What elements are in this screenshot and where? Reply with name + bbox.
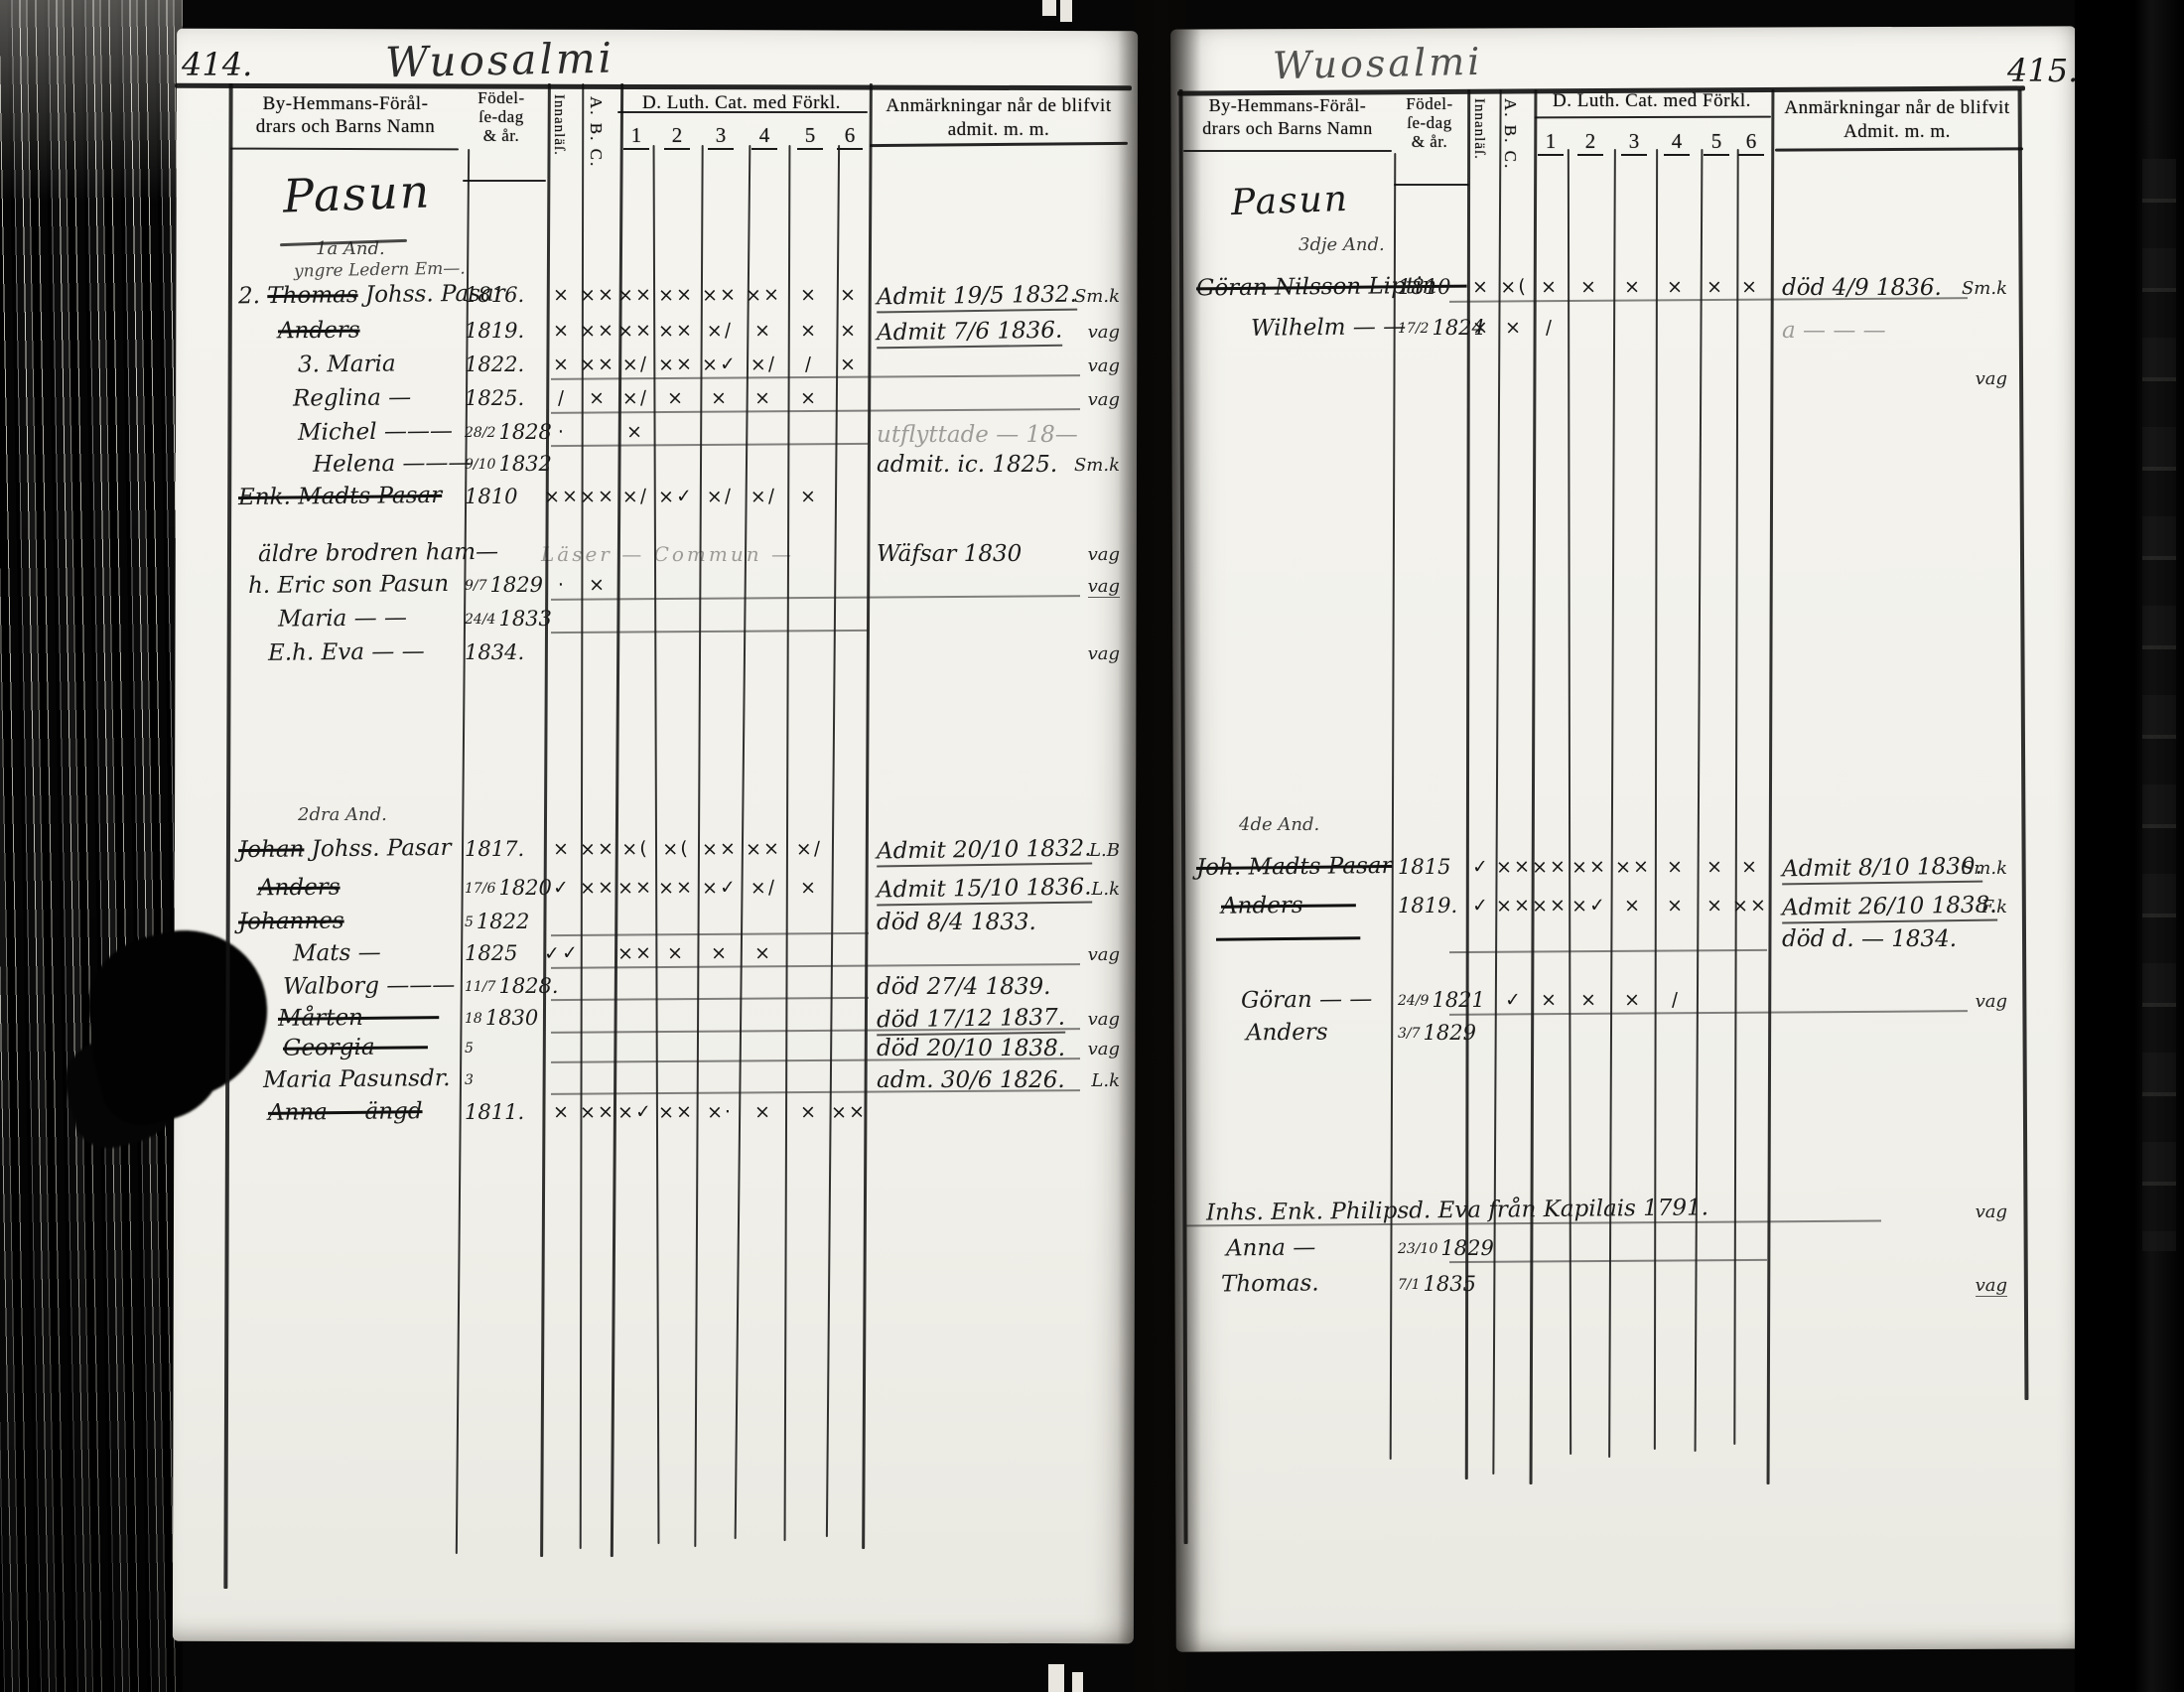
household-subtitle: 2dra And.: [298, 804, 387, 825]
record-mark: ××: [1494, 894, 1535, 916]
record-birth-year: 1819.: [465, 319, 524, 343]
record-name: Helena ———: [313, 450, 472, 478]
record-mark: ××: [1530, 855, 1570, 878]
record-birthdate: 51822: [465, 910, 554, 933]
record-name-struck: Anna — ängd: [268, 1098, 423, 1126]
record-mark: ×·: [700, 1100, 741, 1123]
record-name: äldre brodren ham—: [258, 539, 498, 568]
record-birth-year: 1832: [498, 452, 551, 476]
record-name: Anna —: [1226, 1235, 1316, 1262]
record-side-tag: vag: [1030, 1009, 1120, 1030]
record-name-text: Thomas.: [1221, 1270, 1319, 1297]
record-birth-year: 1830: [485, 1006, 538, 1030]
record-mark: ×: [1730, 855, 1771, 878]
record-mark: ×: [1730, 275, 1771, 298]
record-birthdate: 24/41833: [465, 607, 554, 631]
record-mark: ×: [789, 319, 830, 342]
record-mark: ××: [1570, 855, 1610, 878]
record-mark: ××: [542, 485, 583, 507]
household-subtitle: 3dje And.: [1298, 234, 1385, 255]
record-birth-fraction: 24/4: [465, 612, 495, 628]
record-birth-fraction: 24/9: [1398, 993, 1429, 1009]
record-mark: ××: [1494, 855, 1535, 878]
record-side-tag: vag: [1030, 576, 1120, 597]
record-side-tag: vag: [1918, 368, 2007, 389]
catechism-column-number: 4: [1664, 129, 1690, 156]
record-mark: /: [542, 386, 583, 409]
record-birthdate: 1822.: [465, 352, 554, 376]
record-birth-year: 1815: [1398, 855, 1450, 879]
household-subtitle: 4de And.: [1239, 814, 1319, 835]
catechism-column-number: 5: [1704, 129, 1729, 156]
record-mark: ×: [542, 1100, 583, 1123]
record-name-struck: Georgia ——: [283, 1034, 428, 1061]
column-rule: [1390, 153, 1397, 1460]
record-name: Georgia ——: [283, 1034, 428, 1061]
record-birth-fraction: 28/2: [465, 425, 495, 441]
record-mark: /: [1530, 316, 1570, 339]
household-note: yngre Ledern Em—.: [294, 258, 466, 281]
record-name-struck: ——— ———: [1216, 924, 1361, 952]
record-mark: ×: [744, 1100, 784, 1123]
record-side-tag: vag: [1918, 1275, 2007, 1296]
record-name-struck: Anders: [258, 875, 341, 902]
record-birth-year: 1835: [1424, 1272, 1476, 1296]
record-mark: ××: [1613, 855, 1654, 878]
column-rule: [1568, 149, 1571, 1455]
record-mark: ××: [615, 319, 656, 342]
record-name-struck: Mårten ———: [278, 1004, 440, 1032]
record-remark-faint: utflyttade — 18—: [877, 422, 1078, 448]
record-remark: död 8/4 1833.: [877, 910, 1036, 935]
record-mark: ×: [1530, 988, 1570, 1011]
record-mark: ×: [789, 485, 830, 507]
record-mark: ×: [1613, 275, 1654, 298]
record-mark: ×: [615, 420, 656, 443]
record-mark: ×: [542, 837, 583, 860]
record-remark-faint: a — — —: [1782, 318, 1886, 344]
record-birthdate: 9/101832: [465, 452, 554, 476]
record-mark: ×✓: [1570, 894, 1610, 916]
column-rule: [1695, 149, 1704, 1452]
record-birth-year: 1817.: [465, 837, 524, 861]
record-name-struck: Anders: [278, 318, 360, 345]
record-mark: ×✓: [700, 352, 741, 375]
header-rule: [1775, 147, 2023, 151]
record-name-struck: Johan: [238, 836, 305, 863]
record-mark: ××: [744, 283, 784, 306]
record-span-note: Läser — Commun —: [541, 542, 794, 566]
record-mark: ××: [578, 1100, 618, 1123]
record-mark: ×: [829, 283, 870, 306]
record-birthdate: 11/71828.: [465, 974, 554, 998]
record-birth-year: 1829: [1424, 1021, 1476, 1045]
record-side-tag-text: vag: [1976, 1275, 2007, 1297]
record-name-text: Göran — —: [1241, 986, 1373, 1013]
record-mark: ×: [744, 319, 784, 342]
record-birth-fraction: 9/10: [465, 457, 495, 473]
record-name-struck: Enk. Madts Pasar: [238, 483, 442, 510]
record-side-tag: vag: [1030, 944, 1120, 965]
record-birth-fraction: 7/1: [1398, 1277, 1421, 1293]
record-mark: ××: [615, 283, 656, 306]
record-mark: ××: [615, 876, 656, 899]
record-mark: ×: [656, 941, 697, 964]
record-name-text: Wilhelm — —: [1251, 314, 1406, 342]
record-name: Michel ———: [298, 418, 453, 446]
record-name-text: Helena ———: [313, 450, 472, 478]
record-name: Maria — —: [278, 605, 407, 632]
record-name: Johan Johss. Pasar: [238, 835, 452, 863]
record-name: ——— ———: [1216, 924, 1361, 952]
record-mark: ××: [700, 837, 741, 860]
record-mark: ×: [829, 319, 870, 342]
row-rule: [551, 595, 1080, 601]
column-rule: [223, 83, 232, 1589]
record-side-tag: Sm.k: [1918, 858, 2007, 879]
record-side-tag: Sm.k: [1030, 455, 1120, 476]
record-mark: ×: [789, 1100, 830, 1123]
record-name: Anders: [1246, 1020, 1328, 1047]
record-mark: ××: [578, 319, 618, 342]
record-name: Reglina —: [293, 384, 411, 411]
record-remark: död 27/4 1839.: [877, 974, 1050, 1000]
record-birthdate: 1817.: [465, 837, 554, 861]
record-birth-year: 1811.: [465, 1100, 524, 1124]
record-birth-fraction: 3: [465, 1072, 474, 1088]
record-name-text: Maria — —: [278, 605, 407, 632]
record-birthdate: 3: [465, 1067, 554, 1091]
record-mark: ×✓: [656, 485, 697, 507]
record-birthdate: 7/11835: [1398, 1272, 1487, 1296]
household-title: Pasun: [1230, 179, 1349, 223]
record-mark: ×✓: [700, 876, 741, 899]
record-mark: ×: [1613, 988, 1654, 1011]
record-mark: ×✓: [615, 1100, 656, 1123]
record-remark: död d. — 1834.: [1782, 926, 1957, 952]
row-rule: [551, 630, 869, 634]
record-birthdate: 1825.: [465, 386, 554, 410]
record-mark: ×/: [615, 485, 656, 507]
record-mark: ×: [542, 319, 583, 342]
record-side-tag: vag: [1030, 322, 1120, 343]
record-name: Wilhelm — —: [1251, 314, 1406, 342]
catechism-column-number: 3: [708, 123, 734, 150]
record-birth-fraction: 11/7: [465, 979, 495, 995]
record-mark: ×: [1656, 855, 1697, 878]
record-name-struck: Thomas: [267, 282, 358, 309]
record-birthdate: 1811.: [465, 1100, 554, 1124]
record-side-tag: L.k: [1030, 1070, 1120, 1091]
record-mark: ×: [1613, 894, 1654, 916]
record-name: Anders: [278, 318, 360, 345]
record-name: Joh. Madts Pasar: [1196, 853, 1393, 881]
record-mark: ✓: [1494, 988, 1535, 1011]
record-mark: ××: [578, 283, 618, 306]
record-birthdate: 181830: [465, 1006, 554, 1030]
record-name: Anders: [258, 875, 341, 902]
record-mark: ×/: [789, 837, 830, 860]
record-mark: ×: [1530, 275, 1570, 298]
record-birthdate: 5: [465, 1036, 554, 1059]
record-name-text: Maria Pasunsdr.: [263, 1065, 451, 1093]
column-rule: [1654, 149, 1658, 1450]
record-birth-year: 1829: [1440, 1236, 1493, 1260]
record-name-text: Maria: [327, 351, 396, 377]
record-name-text: Walborg ———: [283, 972, 456, 1000]
record-mark: ××: [1730, 894, 1771, 916]
record-mark: ×: [1494, 316, 1535, 339]
record-content: 123456Pasun1a And.yngre Ledern Em—.2. Th…: [0, 0, 2184, 1692]
catechism-column-number: 4: [751, 123, 777, 150]
record-mark: ×/: [744, 485, 784, 507]
record-mark: ×: [789, 283, 830, 306]
household-title: Pasun: [282, 164, 432, 222]
record-birth-year: 1833: [498, 607, 551, 631]
record-birthdate: 3/71829: [1398, 1021, 1487, 1045]
record-name-text: Anders: [1246, 1020, 1328, 1047]
record-birth-year: 1822: [477, 910, 529, 933]
record-side-tag: vag: [1030, 389, 1120, 410]
record-mark: ××: [578, 485, 618, 507]
record-side-tag: Sm.k: [1030, 286, 1120, 307]
record-name: Mats —: [293, 940, 381, 967]
record-name-text: Johss. Pasar: [304, 835, 451, 863]
header-rule: [1177, 85, 2025, 95]
catechism-column-number: 6: [837, 123, 863, 150]
record-side-tag: vag: [1918, 991, 2007, 1012]
record-name-text: Reglina —: [293, 384, 411, 411]
record-birth-fraction: 9/7: [465, 578, 487, 594]
catechism-column-number: 1: [1538, 129, 1564, 156]
record-name: Göran — —: [1241, 986, 1373, 1013]
catechism-column-number: 2: [1577, 129, 1603, 156]
record-birthdate: 23/101829: [1398, 1236, 1487, 1260]
record-name-text: Michel ———: [298, 418, 453, 446]
record-birth-year: 1819.: [1398, 894, 1457, 917]
record-mark: ××: [744, 837, 784, 860]
column-rule: [2018, 89, 2029, 1400]
record-name-text: äldre brodren ham—: [258, 539, 498, 568]
record-birth-fraction: 5: [465, 1041, 474, 1057]
catechism-column-number: 6: [1738, 129, 1764, 156]
record-mark: /: [789, 352, 830, 375]
record-mark: ·: [542, 573, 583, 596]
record-birth-year: 1825: [465, 941, 517, 965]
record-mark: ××: [1530, 894, 1570, 916]
header-rule: [870, 142, 1128, 147]
record-mark: ××: [656, 283, 697, 306]
record-mark: ×(: [1494, 275, 1535, 298]
header-rule: [175, 83, 1132, 91]
record-mark: ××: [829, 1100, 870, 1123]
record-birthdate: 1810: [465, 485, 554, 508]
record-mark: ×: [1656, 894, 1697, 916]
record-name: 3. Maria: [298, 351, 396, 377]
record-mark: ×: [829, 352, 870, 375]
header-rule: [230, 148, 459, 151]
catechism-column-number: 1: [623, 123, 649, 150]
record-name: h. Eric son Pasun: [248, 571, 449, 599]
record-name-struck: Joh. Madts Pasar: [1196, 853, 1393, 881]
record-birth-fraction: 18: [465, 1011, 482, 1027]
record-side-tag: vag: [1030, 544, 1120, 565]
record-side-tag: L.B: [1030, 840, 1120, 861]
record-birth-year: 1822.: [465, 352, 524, 376]
record-birthdate: 1825: [465, 941, 554, 965]
column-rule: [1178, 89, 1187, 1544]
record-name-struck: Anders ——: [1221, 892, 1356, 918]
row-rule: [551, 997, 869, 1001]
record-side-tag-text: vag: [1088, 576, 1120, 598]
record-mark: ××: [615, 941, 656, 964]
record-mark: ×/: [615, 352, 656, 375]
record-side-tag: Sm.k: [1918, 278, 2007, 299]
header-rule: [617, 111, 868, 113]
record-mark: ×: [578, 386, 618, 409]
record-side-tag: vag: [1030, 355, 1120, 376]
record-mark: /: [1656, 988, 1697, 1011]
record-birth-year: 1810: [1398, 275, 1450, 299]
record-mark: ×: [700, 941, 741, 964]
record-birth-year: 1828.: [498, 974, 558, 998]
record-mark: ×: [789, 386, 830, 409]
record-mark: ×: [542, 283, 583, 306]
record-mark: ×/: [744, 352, 784, 375]
household-subtitle: 1a And.: [316, 238, 385, 259]
record-mark: ×/: [744, 876, 784, 899]
record-mark: ×: [744, 386, 784, 409]
record-name-prefix: 2.: [238, 283, 268, 309]
record-mark: ✓: [542, 876, 583, 899]
record-mark: ××: [656, 1100, 697, 1123]
header-rule: [1183, 150, 1392, 152]
column-rule: [1733, 149, 1738, 1445]
header-rule: [463, 180, 546, 182]
record-name-text: h. Eric son Pasun: [248, 571, 449, 599]
record-mark: ·: [542, 420, 583, 443]
record-name: Anders ——: [1221, 892, 1356, 918]
record-side-tag: F.k: [1918, 897, 2007, 917]
record-birthdate: 1816.: [465, 283, 554, 307]
record-birth-fraction: 5: [465, 915, 474, 930]
record-mark: ×: [789, 876, 830, 899]
record-birth-fraction: 3/7: [1398, 1026, 1421, 1042]
record-birth-year: 1829: [490, 573, 543, 597]
record-birth-year: 1810: [465, 485, 517, 508]
record-mark: ××: [578, 876, 618, 899]
record-mark: ×: [1570, 275, 1610, 298]
record-birth-year: 1825.: [465, 386, 524, 410]
record-name-struck: Johannes: [238, 908, 344, 934]
record-name-text: Anna —: [1226, 1235, 1316, 1262]
record-birthdate: 1834.: [465, 640, 554, 664]
record-mark: ×/: [700, 485, 741, 507]
record-mark: ×: [656, 386, 697, 409]
record-mark: ××: [578, 352, 618, 375]
record-name: Johannes: [238, 908, 344, 934]
catechism-column-number: 2: [664, 123, 690, 150]
record-name-text: Mats —: [293, 940, 381, 967]
record-name: Walborg ———: [283, 972, 456, 1000]
record-side-tag: L.k: [1030, 879, 1120, 900]
record-birth-year: 1821: [1432, 988, 1484, 1012]
record-side-tag: vag: [1030, 643, 1120, 664]
record-name: Mårten ———: [278, 1004, 440, 1032]
record-birthdate: 1819.: [465, 319, 554, 343]
record-birth-year: 1834.: [465, 640, 524, 664]
record-mark: ×: [542, 352, 583, 375]
record-mark: ×: [578, 573, 618, 596]
column-rule: [1530, 89, 1538, 1484]
record-birth-fraction: 17/2: [1398, 321, 1429, 337]
record-side-tag: vag: [1918, 1201, 2007, 1222]
row-rule: [551, 443, 869, 447]
record-birthdate: 28/21828: [465, 420, 554, 444]
record-name-prefix: 3.: [298, 352, 328, 377]
record-mark: ×(: [656, 837, 697, 860]
record-birthdate: 9/71829: [465, 573, 554, 597]
record-mark: ×: [1656, 275, 1697, 298]
record-birthdate: 17/61820: [465, 876, 554, 900]
record-mark: ✓✓: [542, 941, 583, 964]
record-mark: ××: [656, 876, 697, 899]
record-mark: ××: [578, 837, 618, 860]
record-mark: ×: [1570, 988, 1610, 1011]
record-birth-year: 1816.: [465, 283, 524, 307]
record-remark: Wäfsar 1830: [877, 541, 1022, 567]
header-rule: [1394, 184, 1469, 186]
record-name-text: E.h. Eva — —: [268, 638, 425, 666]
record-name: Anna — ängd: [268, 1098, 423, 1126]
record-name: Enk. Madts Pasar: [238, 483, 442, 510]
record-birthdate: 24/91821: [1398, 988, 1487, 1012]
row-rule: [1449, 1010, 1968, 1016]
record-mark: ××: [656, 319, 697, 342]
header-rule: [1535, 116, 1771, 119]
record-birth-fraction: 17/6: [465, 881, 495, 897]
record-name: E.h. Eva — —: [268, 638, 425, 666]
record-side-tag: vag: [1030, 1039, 1120, 1059]
record-birth-fraction: 23/10: [1398, 1241, 1437, 1257]
record-name: Thomas.: [1221, 1270, 1319, 1297]
record-mark: ×/: [615, 386, 656, 409]
catechism-column-number: 5: [797, 123, 823, 150]
record-mark: ××: [656, 352, 697, 375]
catechism-column-number: 3: [1621, 129, 1647, 156]
record-mark: ××: [700, 283, 741, 306]
record-name: Maria Pasunsdr.: [263, 1065, 451, 1093]
record-mark: ×: [700, 386, 741, 409]
row-rule: [551, 932, 869, 936]
record-mark: ×(: [615, 837, 656, 860]
record-mark: ×/: [700, 319, 741, 342]
record-mark: ×: [744, 941, 784, 964]
